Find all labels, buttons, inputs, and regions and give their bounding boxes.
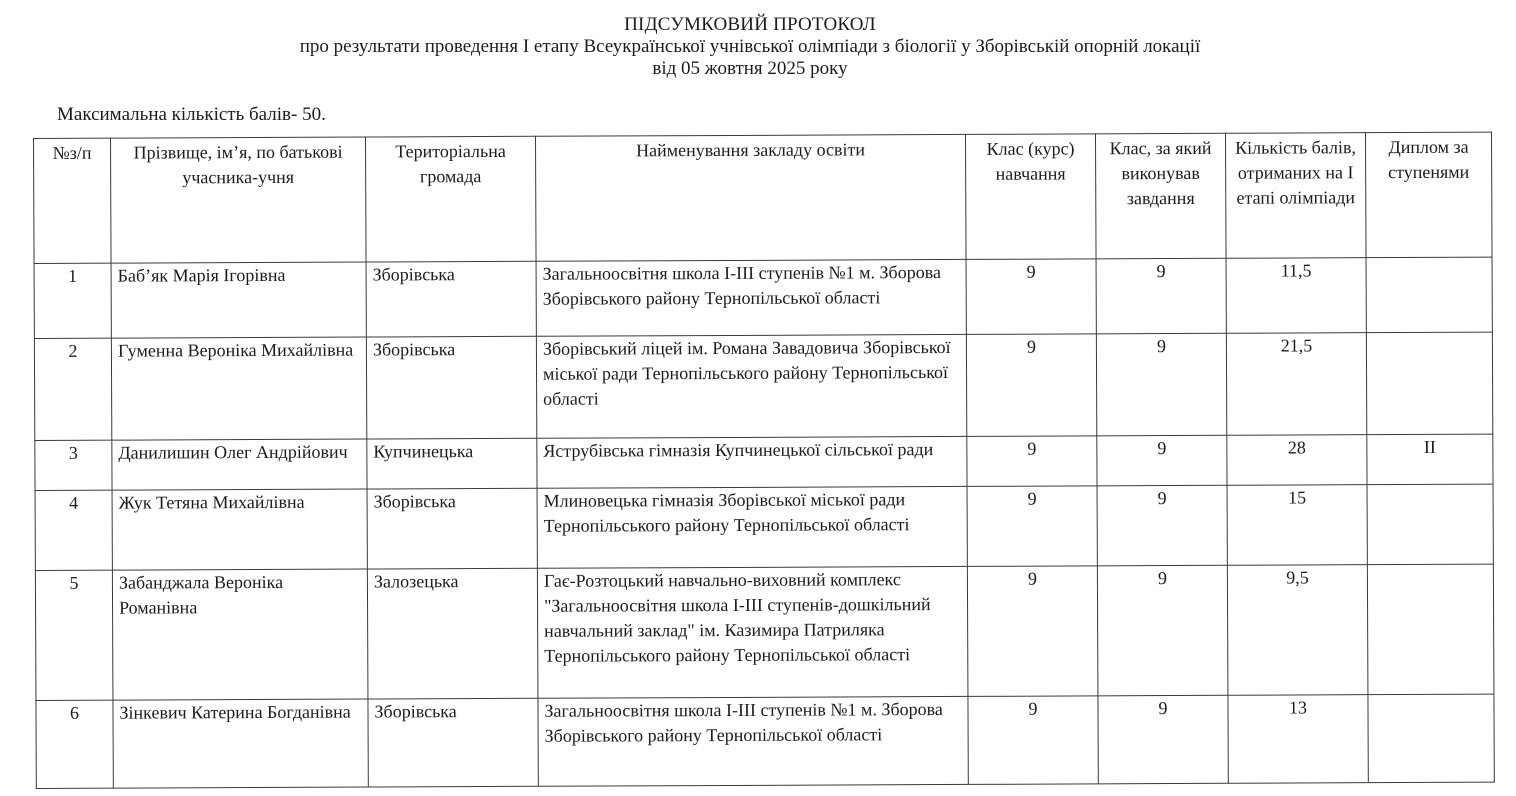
cell-grade: 9 [966,334,1096,437]
max-score-note: Максимальна кількість балів- 50. [57,104,326,126]
cell-task-grade: 9 [1097,435,1227,486]
table-row: 4Жук Тетяна МихайлівнаЗборівськаМлиновец… [35,484,1493,570]
cell-score: 28 [1227,435,1367,486]
header-diploma: Диплом за ступенями [1365,132,1492,258]
cell-community: Зборівська [366,336,536,439]
cell-institution: Зборівський ліцей ім. Романа Завадовича … [536,334,966,438]
cell-institution: Яструбівська гімназія Купчинецької сільс… [537,436,967,488]
cell-diploma [1366,332,1492,435]
table-row: 2Гуменна Вероніка МихайлівнаЗборівськаЗб… [34,332,1492,440]
document-header: ПІДСУМКОВИЙ ПРОТОКОЛ про результати пров… [0,14,1500,80]
cell-community: Залозецька [367,568,538,699]
cell-number: 5 [35,570,113,700]
cell-diploma [1367,564,1494,695]
cell-institution: Загальноосвітня школа І-ІІІ ступенів №1 … [536,259,966,336]
header-institution: Найменування закладу освіти [535,134,966,261]
table-row: 3Данилишин Олег АндрійовичКупчинецькаЯст… [35,434,1493,490]
header-full-name: Прізвище, ім’я, по батькові учасника-учн… [111,137,367,263]
cell-number: 2 [34,338,111,440]
cell-diploma [1366,257,1492,333]
document-title: ПІДСУМКОВИЙ ПРОТОКОЛ [0,14,1500,36]
cell-grade: 9 [966,259,1096,335]
cell-institution: Млиновецька гімназія Зборівської міської… [537,486,967,568]
cell-task-grade: 9 [1097,565,1228,696]
cell-score: 11,5 [1226,258,1366,334]
cell-grade: 9 [968,696,1098,785]
cell-institution: Загальноосвітня школа І-ІІІ ступенів №1 … [538,696,968,786]
cell-score: 9,5 [1227,565,1368,696]
cell-community: Зборівська [367,488,537,569]
cell-full-name: Данилишин Олег Андрійович [112,439,367,490]
table-row: 6Зінкевич Катерина БогданівнаЗборівськаЗ… [36,694,1494,788]
cell-task-grade: 9 [1096,258,1226,334]
header-number: №з/п [34,138,112,263]
cell-task-grade: 9 [1097,485,1227,566]
header-grade: Клас (курс) навчання [965,134,1096,260]
cell-score: 21,5 [1226,333,1366,436]
cell-community: Зборівська [366,261,536,337]
cell-number: 1 [34,263,111,338]
results-table: №з/п Прізвище, ім’я, по батькові учасник… [33,132,1495,789]
table-row: 5Забанджала Вероніка РоманівнаЗалозецька… [35,564,1494,700]
cell-task-grade: 9 [1098,695,1228,784]
document-date: від 05 жовтня 2025 року [0,58,1500,80]
cell-full-name: Забанджала Вероніка Романівна [112,569,368,700]
cell-score: 15 [1227,485,1367,566]
header-community: Територіальна громада [365,136,536,262]
cell-task-grade: 9 [1096,333,1226,436]
header-task-grade: Клас, за який виконував завдання [1095,133,1226,259]
table-header-row: №з/п Прізвище, ім’я, по батькові учасник… [34,132,1493,263]
document-subtitle: про результати проведення І етапу Всеукр… [0,36,1500,58]
cell-full-name: Баб’як Марія Ігорівна [111,262,366,338]
cell-number: 3 [35,440,112,490]
cell-grade: 9 [967,486,1097,567]
cell-number: 6 [36,700,113,788]
header-score: Кількість балів, отриманих на І етапі ол… [1225,133,1366,259]
cell-full-name: Зінкевич Катерина Богданівна [113,699,368,788]
cell-diploma: ІІ [1367,434,1493,485]
cell-diploma [1368,694,1494,783]
cell-community: Зборівська [368,698,538,787]
table-row: 1Баб’як Марія ІгорівнаЗборівськаЗагально… [34,257,1492,338]
cell-full-name: Жук Тетяна Михайлівна [112,489,367,570]
cell-grade: 9 [967,566,1098,697]
cell-number: 4 [35,490,112,570]
cell-full-name: Гуменна Вероніка Михайлівна [111,337,366,440]
cell-score: 13 [1228,695,1368,784]
cell-community: Купчинецька [367,438,537,489]
cell-grade: 9 [967,436,1097,487]
cell-diploma [1367,484,1493,565]
cell-institution: Гає-Розтоцький навчально-виховний компле… [537,566,968,698]
